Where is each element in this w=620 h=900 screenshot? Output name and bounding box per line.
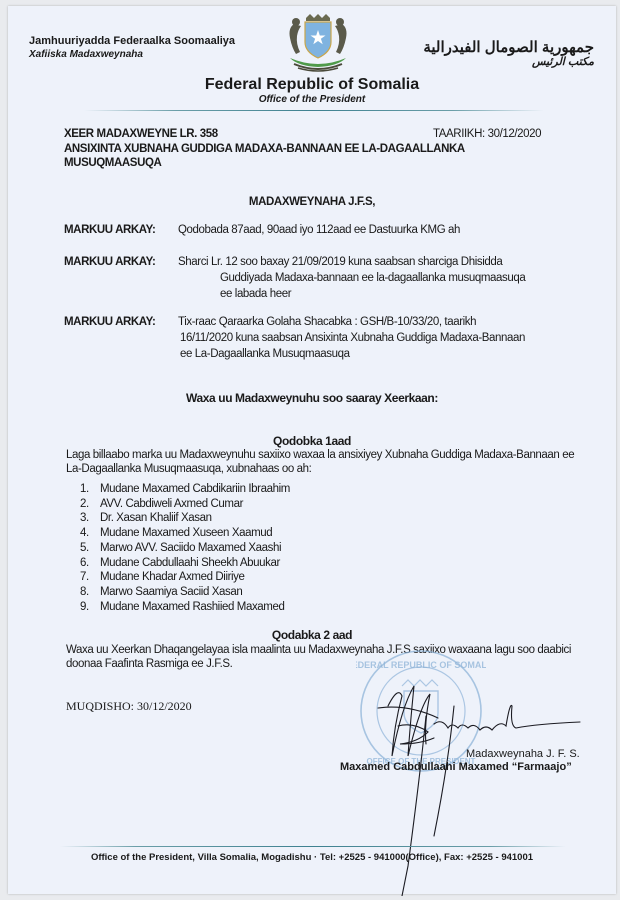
- member-name: Mudane Maxamed Cabdikariin Ibraahim: [100, 482, 290, 497]
- recital-line: Qodobada 87aad, 90aad iyo 112aad ee Dast…: [178, 222, 598, 238]
- decree-title-line: ANSIXINTA XUBNAHA GUDDIGA MADAXA-BANNAAN…: [64, 142, 465, 156]
- member-list-item: 6.Mudane Cabdullaahi Sheekh Abuukar: [80, 556, 290, 571]
- decree-title-line: MUSUQMAASUQA: [64, 156, 465, 170]
- member-name: Mudane Maxamed Xuseen Xaamud: [100, 526, 272, 541]
- recital-text: Tix-raac Qaraarka Golaha Shacabka : GSH/…: [178, 314, 598, 362]
- document-page: Jamhuuriyadda Federaalka Soomaaliya Xafi…: [8, 6, 616, 894]
- decree-number: XEER MADAXWEYNE LR. 358: [64, 128, 218, 140]
- members-list: 1.Mudane Maxamed Cabdikariin Ibraahim2.A…: [80, 482, 290, 614]
- recital-line: 16/11/2020 kuna saabsan Ansixinta Xubnah…: [178, 330, 598, 346]
- issuer-heading: MADAXWEYNAHA J.F.S,: [8, 196, 616, 208]
- recital-line: Guddiyada Madaxa-bannaan ee la-dagaallan…: [178, 270, 598, 286]
- recital-text: Sharci Lr. 12 soo baxay 21/09/2019 kuna …: [178, 254, 598, 302]
- article-2-title: Qodabka 2 aad: [8, 628, 616, 642]
- article-1-text: Laga billaabo marka uu Madaxweynuhu saxi…: [66, 448, 586, 476]
- member-number: 8.: [80, 585, 100, 600]
- footer-contact: Office of the President, Villa Somalia, …: [8, 852, 616, 863]
- signer-title: Madaxweynaha J. F. S.: [466, 748, 580, 760]
- letterhead-title: Federal Republic of Somalia: [8, 76, 616, 94]
- member-number: 6.: [80, 556, 100, 571]
- member-list-item: 4.Mudane Maxamed Xuseen Xaamud: [80, 526, 290, 541]
- recital-line: ee labada heer: [178, 286, 598, 302]
- member-number: 5.: [80, 541, 100, 556]
- recital-text: Qodobada 87aad, 90aad iyo 112aad ee Dast…: [178, 222, 598, 238]
- decree-title: ANSIXINTA XUBNAHA GUDDIGA MADAXA-BANNAAN…: [64, 142, 465, 170]
- member-list-item: 8.Marwo Saamiya Saciid Xasan: [80, 585, 290, 600]
- recital-line: ee La-Dagaallanka Musuqmaasuqa: [178, 346, 598, 362]
- place-date: MUQDISHO: 30/12/2020: [66, 699, 192, 714]
- member-list-item: 3.Dr. Xasan Khaliif Xasan: [80, 511, 290, 526]
- member-name: Mudane Cabdullaahi Sheekh Abuukar: [100, 556, 280, 571]
- coat-of-arms-icon: [276, 12, 360, 76]
- recital-label: MARKUU ARKAY:: [64, 256, 155, 268]
- member-name: Dr. Xasan Khaliif Xasan: [100, 511, 212, 526]
- recital-line: Sharci Lr. 12 soo baxay 21/09/2019 kuna …: [178, 254, 598, 270]
- decree-heading: Waxa uu Madaxweynuhu soo saaray Xeerkaan…: [8, 391, 616, 405]
- member-list-item: 2.AVV. Cabdiweli Axmed Cumar: [80, 497, 290, 512]
- member-name: Marwo Saamiya Saciid Xasan: [100, 585, 242, 600]
- member-number: 2.: [80, 497, 100, 512]
- member-name: Marwo AVV. Saciido Maxamed Xaashi: [100, 541, 281, 556]
- footer-divider: [60, 846, 566, 847]
- signer-name: Maxamed Cabdullaahi Maxamed “Farmaajo”: [340, 761, 572, 773]
- recital-label: MARKUU ARKAY:: [64, 316, 155, 328]
- member-number: 4.: [80, 526, 100, 541]
- letterhead-arabic-office: مكتب الرئيس: [532, 55, 594, 68]
- decree-date: TAARIIKH: 30/12/2020: [433, 128, 541, 140]
- member-list-item: 5.Marwo AVV. Saciido Maxamed Xaashi: [80, 541, 290, 556]
- member-number: 7.: [80, 570, 100, 585]
- member-list-item: 9.Mudane Maxamed Rashiied Maxamed: [80, 600, 290, 615]
- member-name: Mudane Khadar Axmed Diiriye: [100, 570, 245, 585]
- letterhead-somali-name: Jamhuuriyadda Federaalka Soomaaliya: [29, 35, 235, 47]
- letterhead-somali-office: Xafiiska Madaxweynaha: [29, 49, 143, 60]
- member-name: AVV. Cabdiweli Axmed Cumar: [100, 497, 243, 512]
- member-list-item: 1.Mudane Maxamed Cabdikariin Ibraahim: [80, 482, 290, 497]
- recital-label: MARKUU ARKAY:: [64, 224, 155, 236]
- member-number: 3.: [80, 511, 100, 526]
- member-number: 1.: [80, 482, 100, 497]
- member-name: Mudane Maxamed Rashiied Maxamed: [100, 600, 284, 615]
- letterhead-subtitle: Office of the President: [8, 94, 616, 105]
- member-number: 9.: [80, 600, 100, 615]
- member-list-item: 7.Mudane Khadar Axmed Diiriye: [80, 570, 290, 585]
- recital-line: Tix-raac Qaraarka Golaha Shacabka : GSH/…: [178, 314, 598, 330]
- header-divider: [84, 110, 544, 111]
- article-1-title: Qodobka 1aad: [8, 434, 616, 448]
- letterhead-arabic-name: جمهورية الصومال الفيدرالية: [423, 38, 594, 56]
